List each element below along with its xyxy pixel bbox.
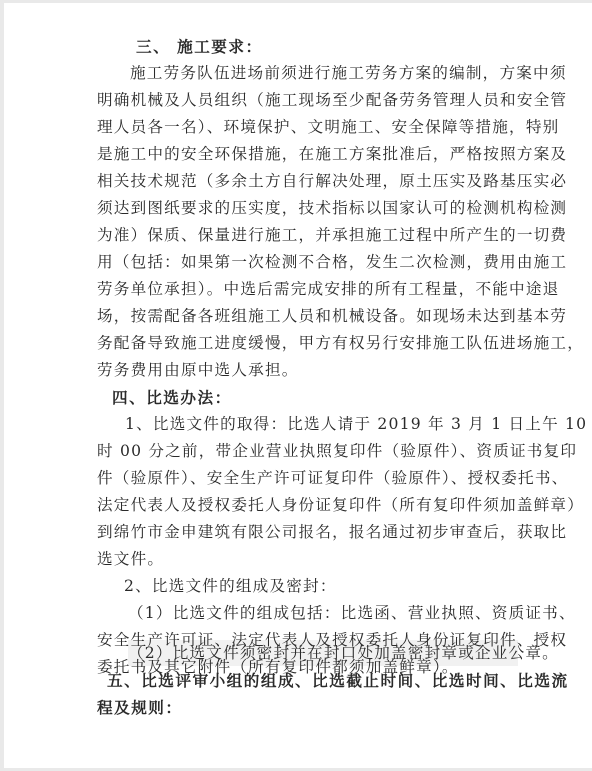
paragraph-line: 1、比选文件的取得：比选人请于 2019 年 3 月 1 日上午 10	[125, 411, 587, 438]
paragraph-line: 法定代表人及授权委托人身份证复印件（所有复印件须加盖鲜章）	[97, 492, 584, 519]
paragraph-line: 件（验原件）、安全生产许可证复印件（验原件）、授权委托书、	[97, 465, 568, 492]
paragraph-line: 到绵竹市金申建筑有限公司报名，报名通过初步审查后，获取比	[97, 519, 567, 546]
paragraph-line: 用（包括：如果第一次检测不合格，发生二次检测，费用由施工	[97, 249, 567, 276]
paragraph-line: 理人员各一名）、环境保护、文明施工、安全保障等措施，特别	[97, 114, 559, 141]
paragraph-line: 为准）保质、保量进行施工，并承担施工过程中所产生的一切费	[97, 222, 567, 249]
paragraph-line: 施工劳务队伍进场前须进行施工劳务方案的编制，方案中须	[130, 60, 567, 87]
paragraph-line: 相关技术规范（多余土方自行解决处理，原土压实及路基压实必	[97, 168, 567, 195]
paragraph-line: 选文件。	[97, 546, 164, 573]
highlighted-paragraph-line: （2）比选文件须密封并在封口处加盖密封章或企业公章。	[128, 640, 559, 667]
paragraph-line: 明确机械及人员组织（施工现场至少配备劳务管理人员和安全管	[97, 87, 567, 114]
paragraph-line: （1）比选文件的组成包括：比选函、营业执照、资质证书、	[128, 600, 576, 627]
paragraph-line: 劳务单位承担）。中选后需完成安排的所有工程量，不能中途退	[97, 276, 559, 303]
document-page: 三、 施工要求： 施工劳务队伍进场前须进行施工劳务方案的编制，方案中须 明确机械…	[4, 3, 592, 768]
section-heading-5-continued: 程及规则：	[97, 694, 182, 721]
paragraph-line: 场，按需配备各班组施工人员和机械设备。如现场未达到基本劳	[97, 303, 567, 330]
section-heading-3: 三、 施工要求：	[136, 33, 263, 60]
subsection-heading-2: 2、比选文件的组成及密封：	[124, 573, 337, 600]
paragraph-line: 务配备导致施工进度缓慢，甲方有权另行安排施工队伍进场施工，	[97, 330, 584, 357]
section-heading-5: 五、比选评审小组的组成、比选截止时间、比选时间、比选流	[107, 667, 569, 694]
section-heading-4: 四、比选办法：	[112, 384, 232, 411]
paragraph-line: 时 00 分之前，带企业营业执照复印件（验原件）、资质证书复印	[97, 438, 577, 465]
paragraph-line: 须达到图纸要求的压实度，技术指标以国家认可的检测机构检测	[97, 195, 567, 222]
paragraph-line: 劳务费用由原中选人承担。	[97, 357, 299, 384]
paragraph-line: 是施工中的安全环保措施，在施工方案批准后，严格按照方案及	[97, 141, 567, 168]
